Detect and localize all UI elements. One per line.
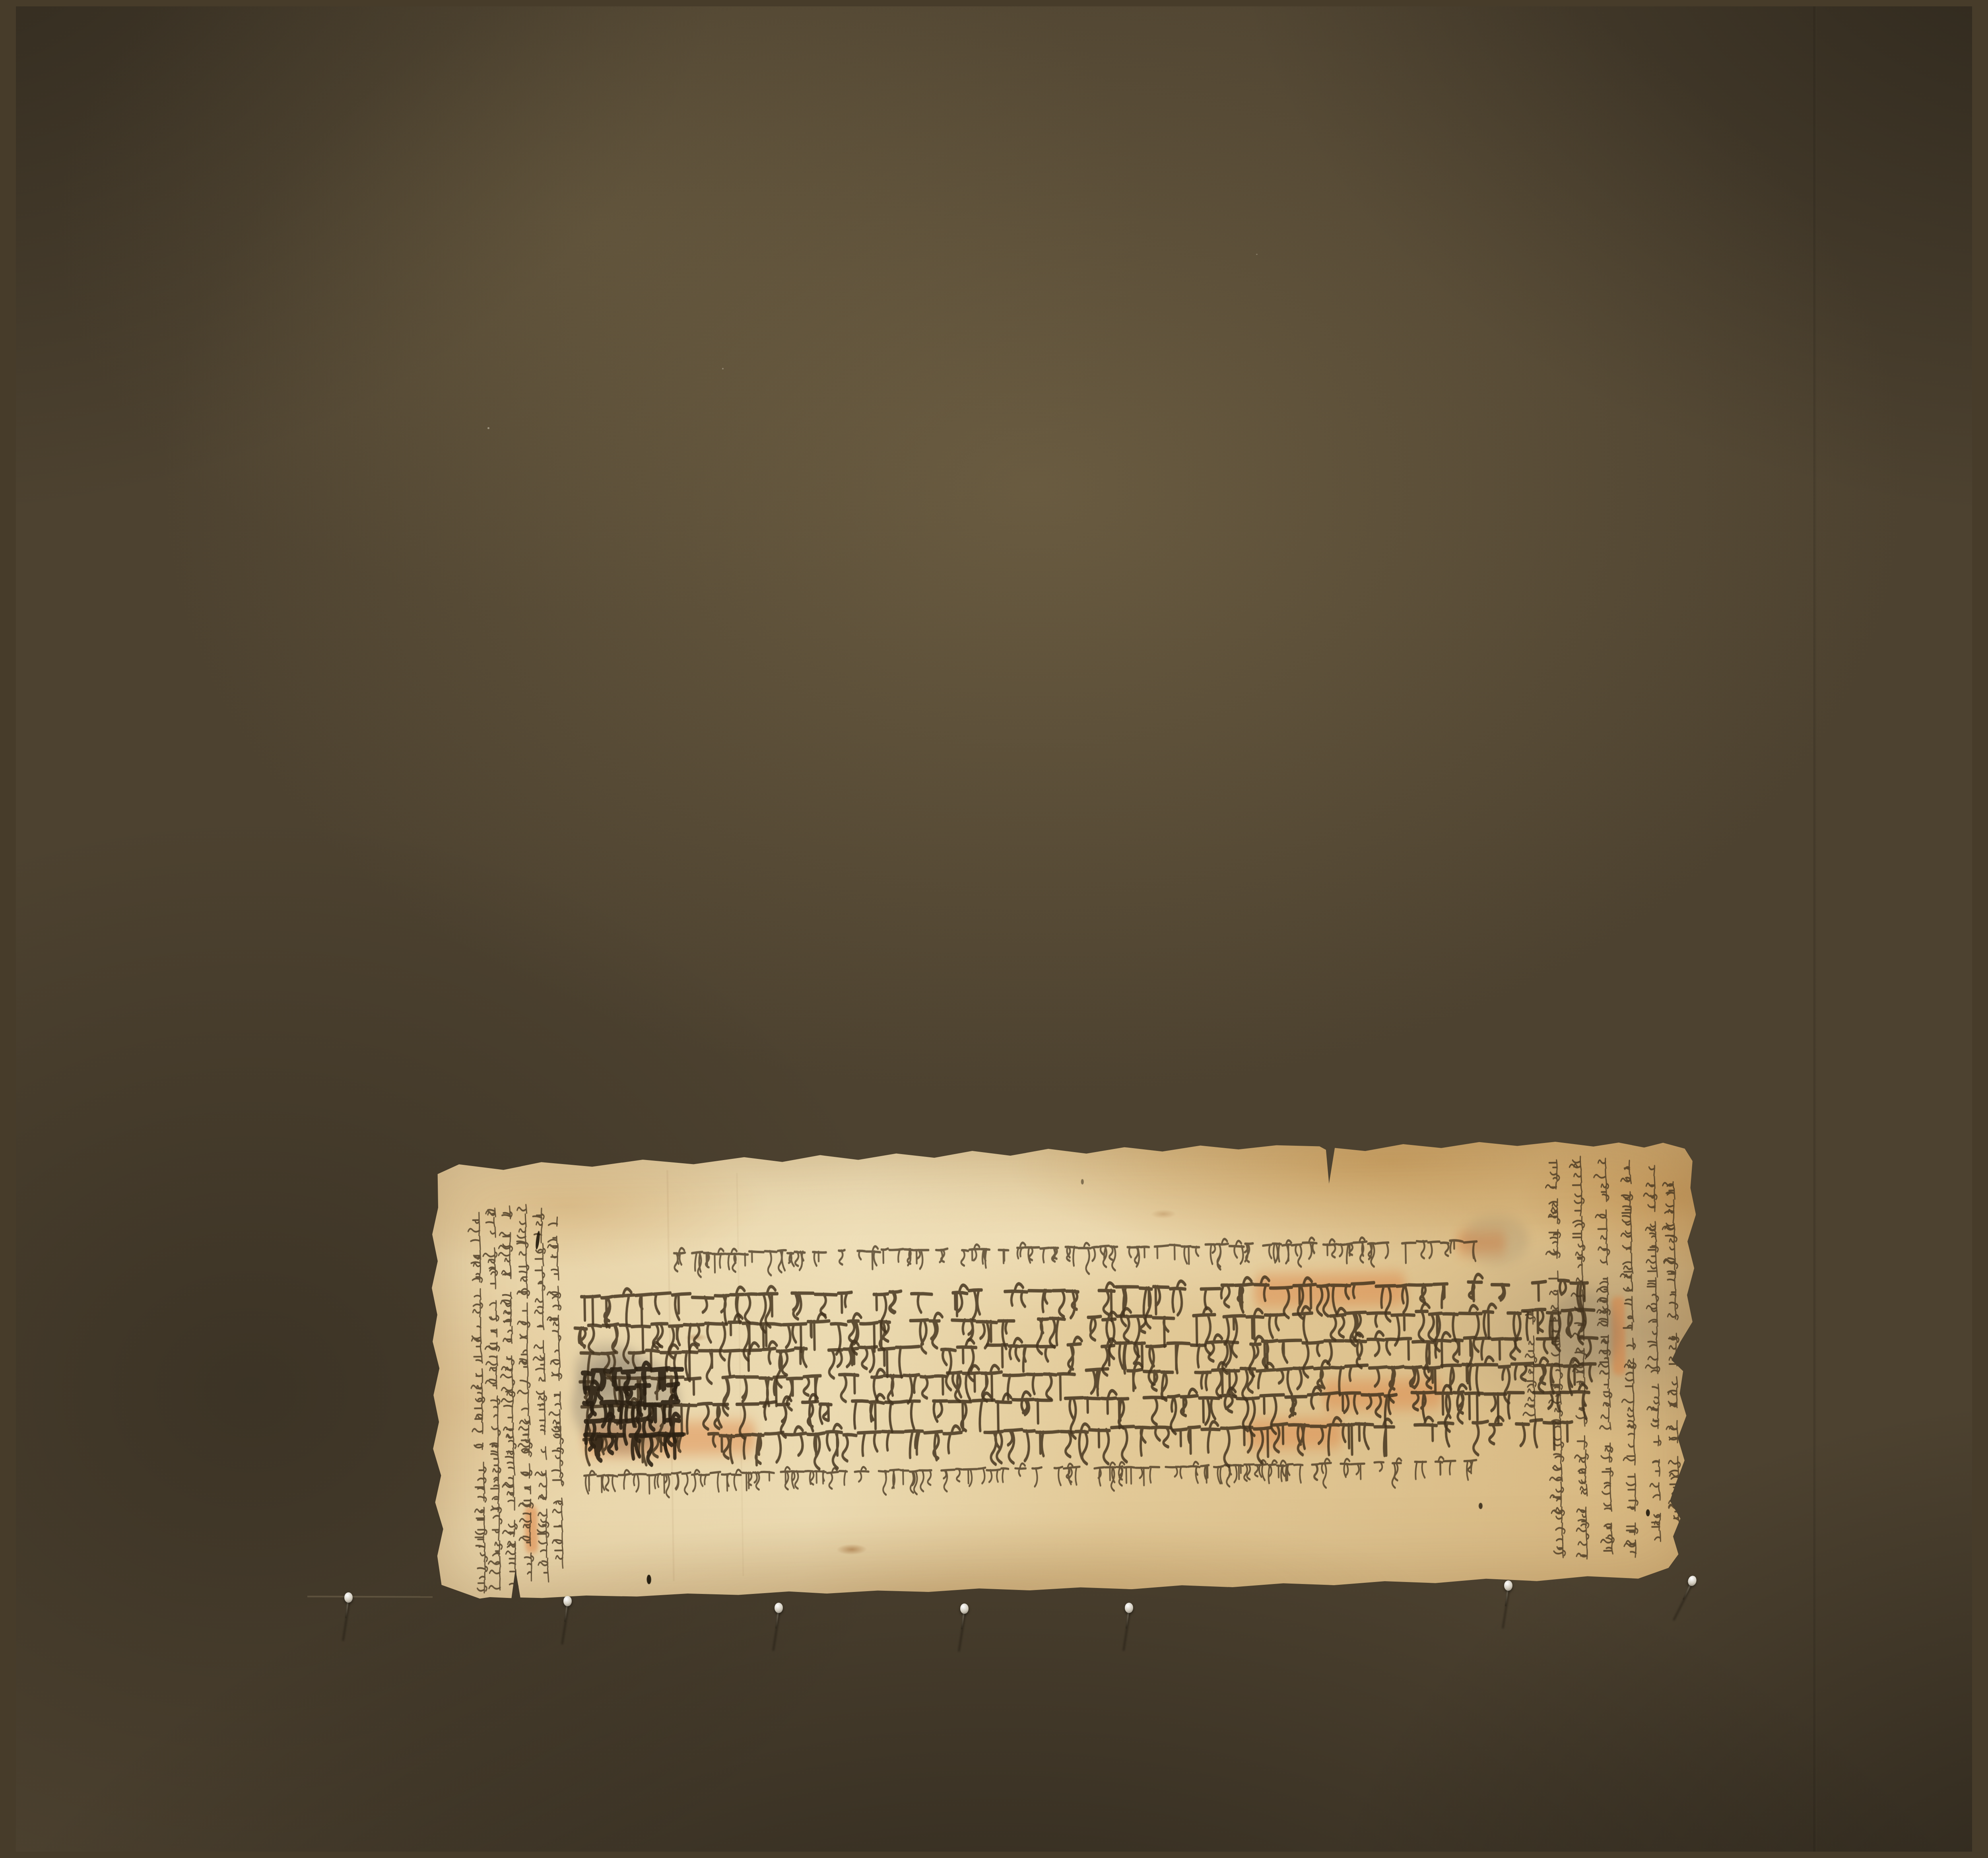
dust-speck	[1256, 254, 1258, 255]
pin	[1123, 1603, 1135, 1650]
photo-backdrop: Handwritten Bengali-script manuscript le…	[16, 6, 1972, 1852]
pin	[343, 1592, 355, 1640]
pin	[959, 1603, 971, 1651]
pin	[773, 1603, 785, 1650]
manuscript-leaf	[427, 1134, 1701, 1601]
manuscript-script-layer	[427, 1134, 1701, 1601]
dust-speck	[487, 427, 489, 429]
board-scratch	[307, 1596, 433, 1598]
pin	[562, 1596, 574, 1644]
pin	[1503, 1580, 1514, 1628]
dust-speck	[722, 368, 724, 369]
board-seam	[1813, 6, 1817, 1852]
pin	[1673, 1574, 1700, 1623]
